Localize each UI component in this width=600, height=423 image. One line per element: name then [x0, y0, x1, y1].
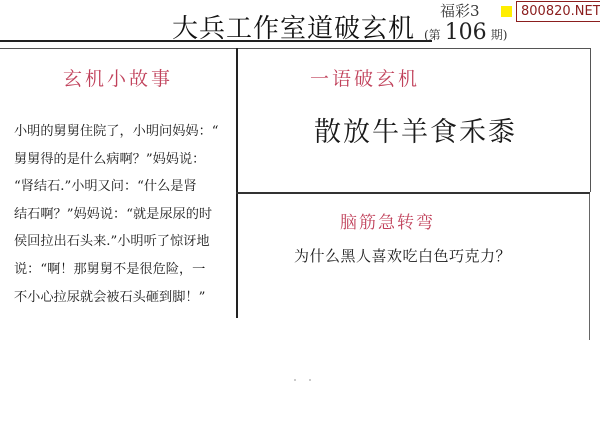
lottery-name: 福彩3: [440, 0, 480, 21]
riddle-heading: 脑筋急转弯: [340, 208, 435, 233]
scan-speck: [294, 379, 296, 381]
title-underline: [0, 40, 432, 42]
hint-answer: 散放牛羊食禾黍: [314, 110, 517, 149]
story-line: 结石啊？”妈妈说：“就是尿尿的时: [14, 201, 236, 229]
story-heading: 玄机小故事: [0, 64, 236, 91]
riddle-question: 为什么黑人喜欢吃白色巧克力？: [294, 245, 511, 266]
hint-heading: 一语破玄机: [310, 64, 420, 91]
issue-prefix: (第: [424, 26, 441, 43]
issue-number: (第 106 期): [424, 20, 507, 45]
story-line: 舅舅得的是什么病啊？”妈妈说：: [14, 146, 236, 174]
issue-suffix: 期): [491, 26, 508, 43]
scan-speck: [309, 379, 311, 381]
riddle-box-border: [589, 194, 590, 340]
story-line: 说：“啊！那舅舅不是很危险，一: [14, 256, 236, 284]
story-line: 侯回拉出石头来.”小明听了惊讶地: [14, 228, 236, 256]
watermark-square-icon: [501, 6, 512, 17]
story-line: “肾结石.”小明又问：“什么是肾: [14, 173, 236, 201]
issue-value: 106: [445, 20, 487, 45]
watermark-label[interactable]: 800820.NET: [516, 1, 600, 22]
story-line: 小明的舅舅住院了，小明问妈妈：“: [14, 118, 236, 146]
watermark-badge[interactable]: 800820.NET: [496, 1, 600, 22]
section-divider: [236, 192, 590, 194]
story-line: 不小心拉尿就会被石头砸到脚！”: [14, 284, 236, 312]
story-text: 小明的舅舅住院了，小明问妈妈：“ 舅舅得的是什么病啊？”妈妈说： “肾结石.”小…: [14, 118, 236, 311]
